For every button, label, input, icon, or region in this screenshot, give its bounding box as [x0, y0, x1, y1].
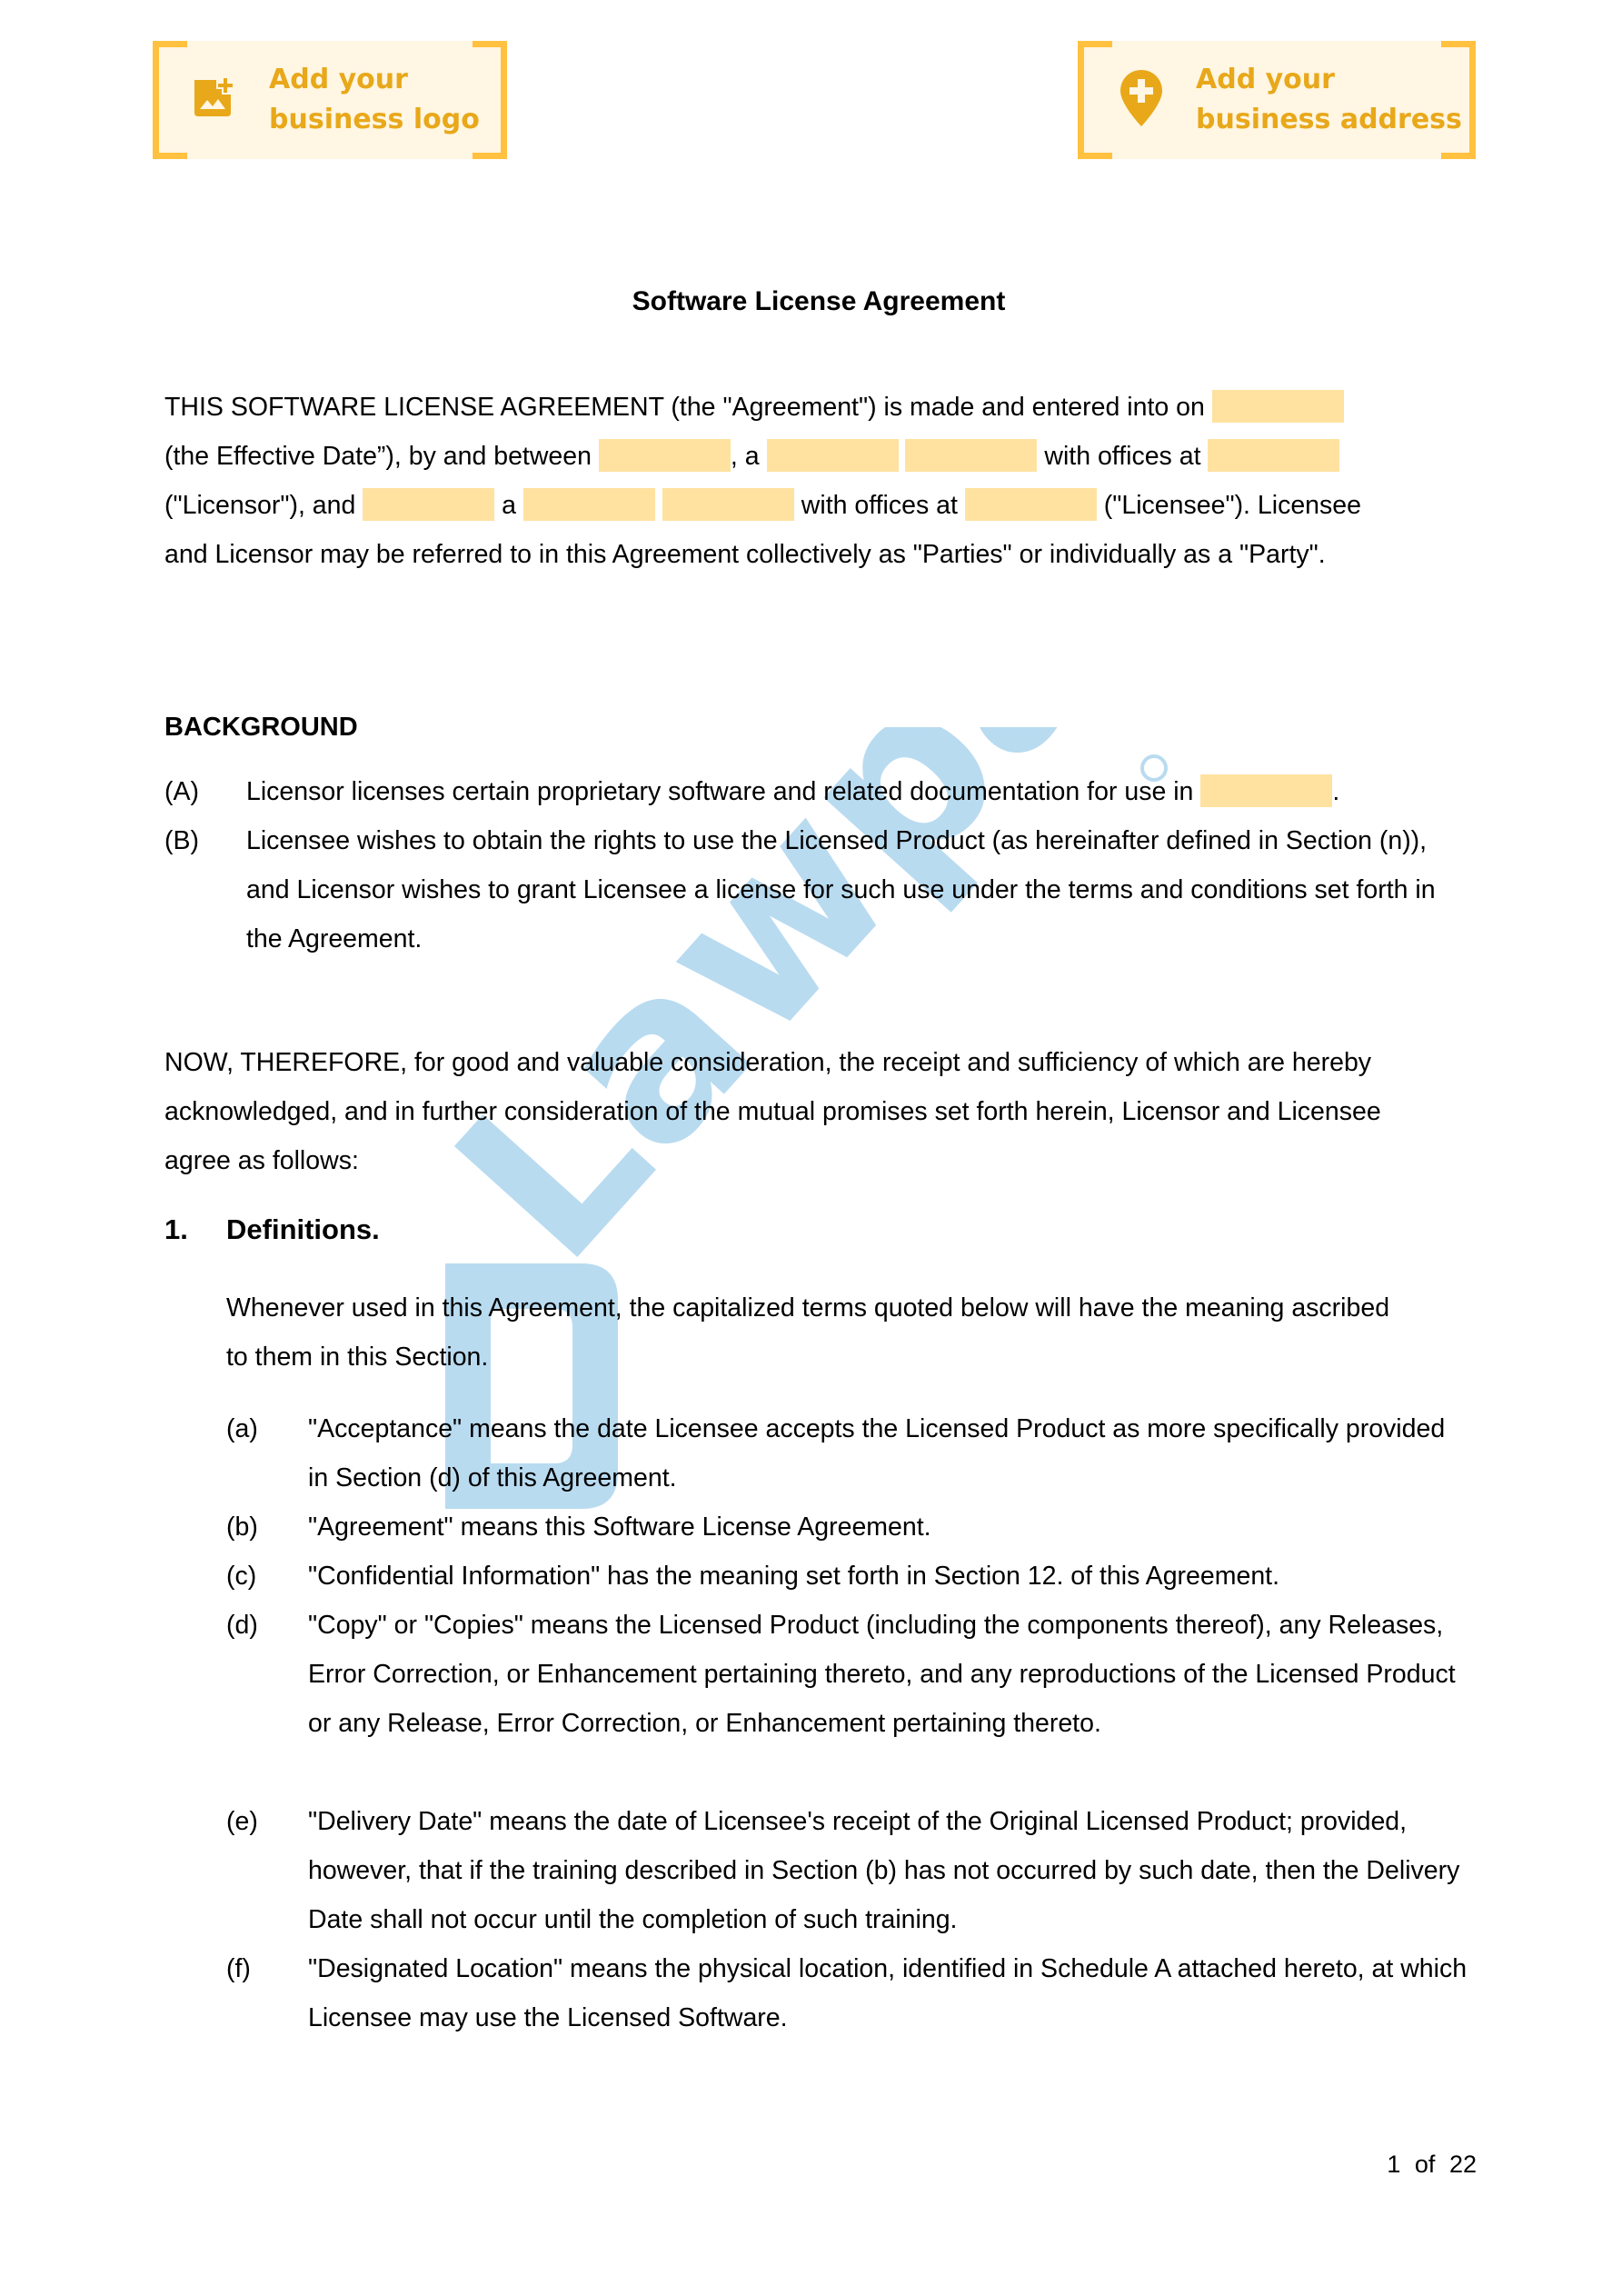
intro-line-2: (the Effective Date”), by and between , …: [164, 432, 1464, 481]
definitions-intro: Whenever used in this Agreement, the cap…: [226, 1283, 1408, 1382]
bracket-right: [1441, 41, 1476, 159]
logo-placeholder-line1: Add your: [269, 60, 480, 100]
intro-paragraph: THIS SOFTWARE LICENSE AGREEMENT (the "Ag…: [164, 383, 1464, 579]
address-placeholder-line1: Add your: [1196, 60, 1462, 100]
intro-line-3: ("Licensor"), and a with offices at ("Li…: [164, 481, 1464, 530]
background-item-b: (B) Licensee wishes to obtain the rights…: [164, 816, 1473, 963]
add-business-address-button[interactable]: Add your business address: [1078, 41, 1476, 159]
definition-item: (a) "Acceptance" means the date Licensee…: [226, 1404, 1473, 1502]
page-number: 1 of 22: [1387, 2151, 1477, 2179]
definition-item: (c) "Confidential Information" has the m…: [226, 1552, 1473, 1601]
licensee-state-field[interactable]: [523, 488, 655, 521]
bracket-right: [473, 41, 507, 159]
effective-date-field[interactable]: [1212, 390, 1344, 423]
licensee-name-field[interactable]: [363, 488, 494, 521]
location-add-icon: [1119, 68, 1164, 133]
document-title: Software License Agreement: [164, 286, 1473, 317]
section-1-heading: 1. Definitions.: [164, 1213, 380, 1246]
bracket-left: [1078, 41, 1112, 159]
licensor-state-field[interactable]: [767, 439, 899, 472]
background-heading: BACKGROUND: [164, 713, 358, 743]
add-business-logo-button[interactable]: Add your business logo: [153, 41, 507, 159]
intro-line-4: and Licensor may be referred to in this …: [164, 530, 1464, 579]
now-therefore-paragraph: NOW, THEREFORE, for good and valuable co…: [164, 1038, 1437, 1185]
logo-placeholder-line2: business logo: [269, 100, 480, 140]
licensor-entity-type-field[interactable]: [905, 439, 1037, 472]
address-placeholder-line2: business address: [1196, 100, 1462, 140]
bracket-left: [153, 41, 187, 159]
licensee-address-field[interactable]: [965, 488, 1097, 521]
intro-line-1: THIS SOFTWARE LICENSE AGREEMENT (the "Ag…: [164, 383, 1464, 432]
licensor-address-field[interactable]: [1208, 439, 1339, 472]
definition-item: (b) "Agreement" means this Software Lice…: [226, 1502, 1473, 1552]
field-of-use-field[interactable]: [1200, 774, 1332, 807]
licensee-entity-type-field[interactable]: [662, 488, 794, 521]
definition-item: (f) "Designated Location" means the phys…: [226, 1944, 1473, 2042]
image-add-icon: [191, 76, 234, 125]
definition-item: (d) "Copy" or "Copies" means the License…: [226, 1601, 1473, 1748]
background-item-a: (A) Licensor licenses certain proprietar…: [164, 767, 1473, 816]
licensor-name-field[interactable]: [599, 439, 731, 472]
definition-item: (e) "Delivery Date" means the date of Li…: [226, 1797, 1473, 1944]
